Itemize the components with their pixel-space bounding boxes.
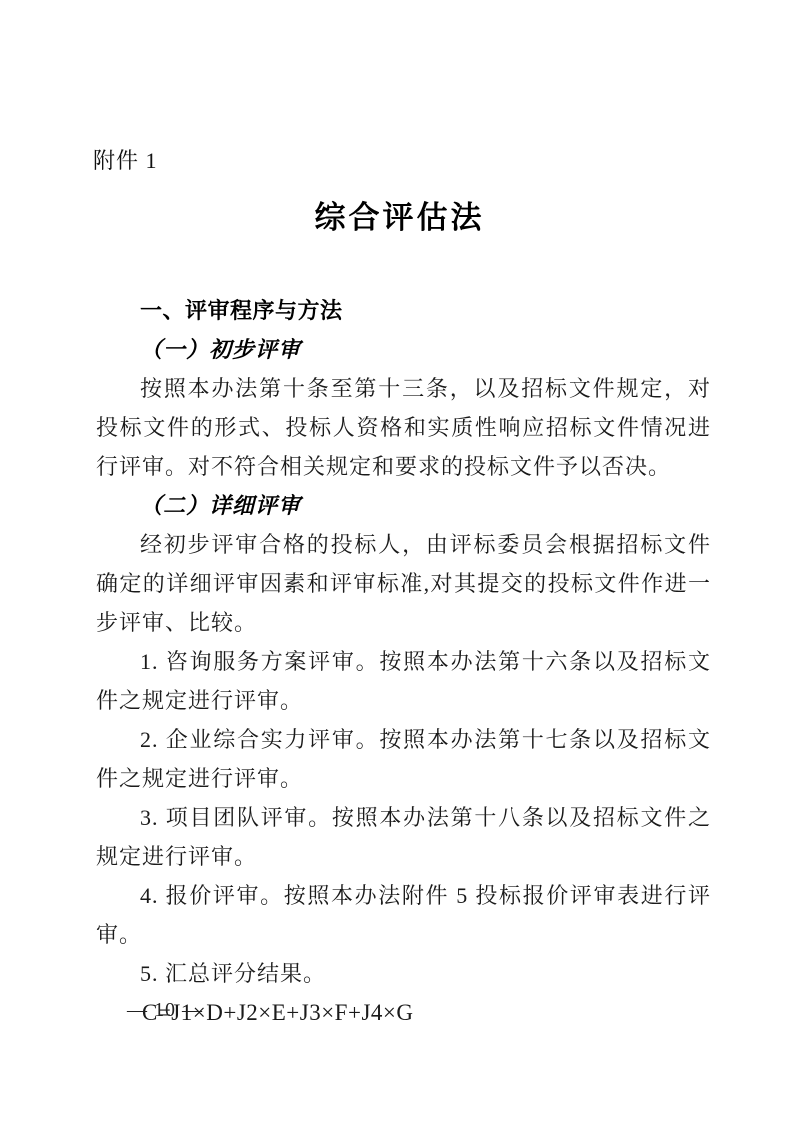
page-number: — 10 — — [127, 999, 203, 1022]
list-item-2-enterprise-strength: 2. 企业综合实力评审。按照本办法第十七条以及招标文件之规定进行评审。 — [96, 720, 711, 798]
section-heading-review-procedure: 一、评审程序与方法 — [96, 291, 711, 330]
paragraph-detailed-review: 经初步评审合格的投标人，由评标委员会根据招标文件确定的详细评审因素和评审标准,对… — [96, 525, 711, 642]
document-title: 综合评估法 — [0, 192, 799, 237]
list-item-1-consulting-service-plan: 1. 咨询服务方案评审。按照本办法第十六条以及招标文件之规定进行评审。 — [96, 642, 711, 720]
list-item-5-score-summary: 5. 汇总评分结果。 — [96, 954, 711, 993]
attachment-label: 附件 1 — [93, 144, 158, 175]
document-body: 一、评审程序与方法 （一）初步评审 按照本办法第十条至第十三条，以及招标文件规定… — [96, 291, 711, 1032]
list-item-4-bid-price-review: 4. 报价评审。按照本办法附件 5 投标报价评审表进行评审。 — [96, 876, 711, 954]
paragraph-preliminary-review: 按照本办法第十条至第十三条，以及招标文件规定，对投标文件的形式、投标人资格和实质… — [96, 369, 711, 486]
subsection-heading-preliminary-review: （一）初步评审 — [96, 330, 711, 369]
subsection-heading-detailed-review: （二）详细评审 — [96, 486, 711, 525]
document-page: 附件 1 综合评估法 一、评审程序与方法 （一）初步评审 按照本办法第十条至第十… — [0, 0, 799, 1129]
list-item-3-project-team: 3. 项目团队评审。按照本办法第十八条以及招标文件之规定进行评审。 — [96, 798, 711, 876]
